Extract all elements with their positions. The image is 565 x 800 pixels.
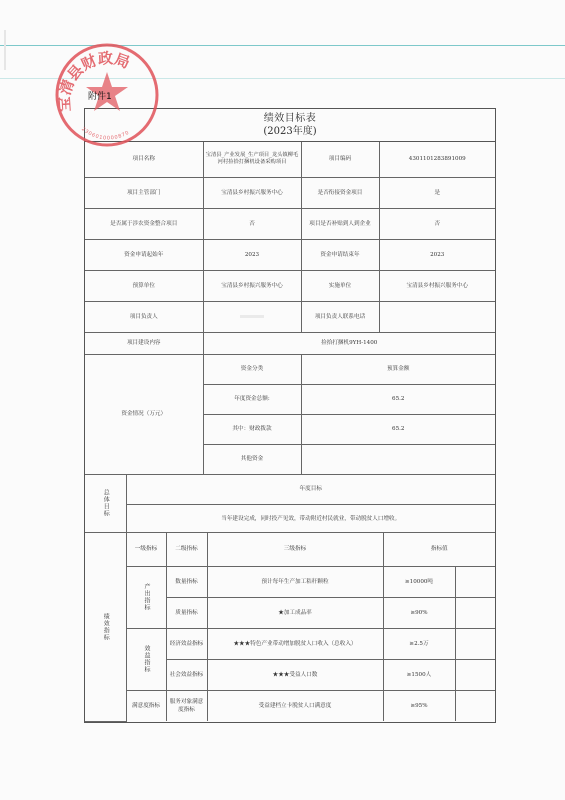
table-row: 项目主管部门 宝清县乡村振兴服务中心 是否衔接资金项目 是 bbox=[85, 177, 495, 208]
table-row: 绩效指标 一级指标 二级指标 三级指标 指标值 bbox=[85, 533, 495, 566]
level1-output: 产出指标 bbox=[126, 566, 166, 628]
table-row: 当年建设完成，同时投产见效，带动附近村民就业，带动脱贫人口增收。 bbox=[85, 505, 495, 533]
funds-amount: 65.2 bbox=[301, 414, 495, 444]
end-year-value: 2023 bbox=[379, 239, 495, 270]
project-info-table: 项目名称 宝清县_产业发展_生产项目_龙头镇柳毛河村捡拾打捆机设备采购项目 项目… bbox=[85, 142, 495, 475]
annual-goal-text: 当年建设完成，同时投产见效，带动附近村民就业，带动脱贫人口增收。 bbox=[126, 505, 495, 533]
blank-cell bbox=[455, 597, 495, 628]
scan-guide-line bbox=[0, 45, 565, 46]
indicators-table: 绩效指标 一级指标 二级指标 三级指标 指标值 产出指标 数量指标 预计每年生产… bbox=[85, 533, 495, 722]
funds-amount: 65.2 bbox=[301, 384, 495, 414]
poverty-fund-value: 是 bbox=[379, 177, 495, 208]
owner-value bbox=[203, 301, 301, 332]
table-row: 是否属于涉农资金整合项目 否 项目是否补贴到人到企业 否 bbox=[85, 208, 495, 239]
level1-benefit: 效益指标 bbox=[126, 628, 166, 690]
poverty-fund-label: 是否衔接资金项目 bbox=[301, 177, 379, 208]
level3-header: 三级指标 bbox=[207, 533, 383, 566]
content-label: 项目建设内容 bbox=[85, 332, 203, 354]
blank-cell bbox=[455, 566, 495, 597]
level2-cell: 服务对象满意度指标 bbox=[166, 690, 207, 721]
overall-goal-label: 总体目标 bbox=[85, 475, 126, 533]
funds-amount-header: 预算金额 bbox=[301, 354, 495, 384]
funds-category: 其他资金 bbox=[203, 444, 301, 474]
owner-phone-value bbox=[379, 301, 495, 332]
value-header: 指标值 bbox=[383, 533, 495, 566]
owner-label: 项目负责人 bbox=[85, 301, 203, 332]
table-row: 总体目标 年度目标 bbox=[85, 475, 495, 505]
level2-cell: 社会效益指标 bbox=[166, 659, 207, 690]
project-code-label: 项目编码 bbox=[301, 142, 379, 177]
dept-value: 宝清县乡村振兴服务中心 bbox=[203, 177, 301, 208]
table-row: 资金申请起始年 2023 资金申请结束年 2023 bbox=[85, 239, 495, 270]
project-name-value: 宝清县_产业发展_生产项目_龙头镇柳毛河村捡拾打捆机设备采购项目 bbox=[203, 142, 301, 177]
end-year-label: 资金申请结束年 bbox=[301, 239, 379, 270]
table-row: 项目建设内容 捡拾打捆机9YH-1400 bbox=[85, 332, 495, 354]
start-year-label: 资金申请起始年 bbox=[85, 239, 203, 270]
level2-cell: 数量指标 bbox=[166, 566, 207, 597]
value-cell: ≥10000吨 bbox=[383, 566, 455, 597]
annual-goal-header: 年度目标 bbox=[126, 475, 495, 505]
level3-cell: ★★★特色产业带动增加脱贫人口收入（总收入） bbox=[207, 628, 383, 659]
project-code-value: 4301101283891009 bbox=[379, 142, 495, 177]
level3-cell: ★★★受益人口数 bbox=[207, 659, 383, 690]
impl-unit-value: 宝清县乡村振兴服务中心 bbox=[379, 270, 495, 301]
level1-satisfaction: 满意度指标 bbox=[126, 690, 166, 721]
scan-guide-line-faint bbox=[0, 78, 565, 79]
funds-category-header: 资金分类 bbox=[203, 354, 301, 384]
funds-label: 资金情况（万元） bbox=[85, 354, 203, 474]
value-cell: ≥90% bbox=[383, 597, 455, 628]
redacted-owner bbox=[240, 315, 264, 318]
blank-cell bbox=[455, 690, 495, 721]
subsidy-label: 项目是否补贴到人到企业 bbox=[301, 208, 379, 239]
value-cell: ≥95% bbox=[383, 690, 455, 721]
level3-cell: 受益建档立卡脱贫人口满意度 bbox=[207, 690, 383, 721]
blank-cell bbox=[455, 628, 495, 659]
table-row: 项目名称 宝清县_产业发展_生产项目_龙头镇柳毛河村捡拾打捆机设备采购项目 项目… bbox=[85, 142, 495, 177]
table-row: 资金情况（万元） 资金分类 预算金额 bbox=[85, 354, 495, 384]
budget-unit-value: 宝清县乡村振兴服务中心 bbox=[203, 270, 301, 301]
funds-category: 年度资金总额: bbox=[203, 384, 301, 414]
budget-unit-label: 预算单位 bbox=[85, 270, 203, 301]
table-title-block: 绩效目标表 (2023年度) bbox=[85, 109, 495, 142]
agri-integration-label: 是否属于涉农资金整合项目 bbox=[85, 208, 203, 239]
dept-label: 项目主管部门 bbox=[85, 177, 203, 208]
indicators-label: 绩效指标 bbox=[85, 533, 126, 721]
owner-phone-label: 项目负责人联系电话 bbox=[301, 301, 379, 332]
table-title: 绩效目标表 bbox=[85, 112, 495, 125]
attachment-label: 附件1 bbox=[88, 89, 112, 102]
performance-target-table: 绩效目标表 (2023年度) 项目名称 宝清县_产业发展_生产项目_龙头镇柳毛河… bbox=[84, 108, 496, 723]
table-row: 项目负责人 项目负责人联系电话 bbox=[85, 301, 495, 332]
level2-cell: 经济效益指标 bbox=[166, 628, 207, 659]
value-cell: ≥1500人 bbox=[383, 659, 455, 690]
start-year-value: 2023 bbox=[203, 239, 301, 270]
level3-cell: 预计每年生产加工秸秆颗粒 bbox=[207, 566, 383, 597]
table-row: 满意度指标 服务对象满意度指标 受益建档立卡脱贫人口满意度 ≥95% bbox=[85, 690, 495, 721]
table-subtitle: (2023年度) bbox=[85, 125, 495, 138]
impl-unit-label: 实施单位 bbox=[301, 270, 379, 301]
overall-goal-table: 总体目标 年度目标 当年建设完成，同时投产见效，带动附近村民就业，带动脱贫人口增… bbox=[85, 475, 495, 534]
svg-text:宝清县财政局: 宝清县财政局 bbox=[55, 49, 132, 112]
scan-edge-mark bbox=[4, 30, 6, 70]
funds-amount bbox=[301, 444, 495, 474]
funds-category: 其中：财政拨款 bbox=[203, 414, 301, 444]
level2-cell: 质量指标 bbox=[166, 597, 207, 628]
table-row: 预算单位 宝清县乡村振兴服务中心 实施单位 宝清县乡村振兴服务中心 bbox=[85, 270, 495, 301]
content-value: 捡拾打捆机9YH-1400 bbox=[203, 332, 495, 354]
level1-header: 一级指标 bbox=[126, 533, 166, 566]
table-row: 效益指标 经济效益指标 ★★★特色产业带动增加脱贫人口收入（总收入） ≥2.5万 bbox=[85, 628, 495, 659]
level3-cell: ★加工成品率 bbox=[207, 597, 383, 628]
agri-integration-value: 否 bbox=[203, 208, 301, 239]
subsidy-value: 否 bbox=[379, 208, 495, 239]
level2-header: 二级指标 bbox=[166, 533, 207, 566]
table-row: 产出指标 数量指标 预计每年生产加工秸秆颗粒 ≥10000吨 bbox=[85, 566, 495, 597]
value-cell: ≥2.5万 bbox=[383, 628, 455, 659]
project-name-label: 项目名称 bbox=[85, 142, 203, 177]
blank-cell bbox=[455, 659, 495, 690]
